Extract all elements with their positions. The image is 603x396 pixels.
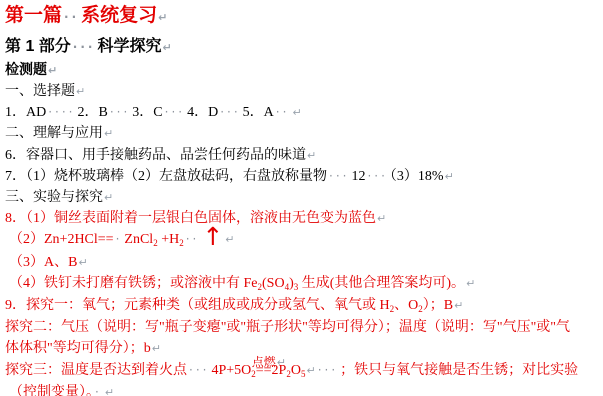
text-run: 7．（1）烧杯玻璃棒（2）左盘放砝码，右盘放称量物 [5,169,327,184]
paragraph-mark-icon: ↵ [78,256,87,269]
paragraph-mark-icon: ↵ [152,342,161,355]
paragraph-mark-icon: ↵ [307,149,316,162]
subscript: 2 [153,238,158,248]
space-marks: ··· [329,169,349,183]
line-answer-9-inquiry-2-cont: 体体积"等均可得分）；b↵ [5,338,598,359]
line-answer-8-3: （3）A、B↵ [5,252,598,273]
line-comprehension-section: 二、理解与应用↵ [5,123,598,144]
text-run: 二、理解与应用 [5,126,103,141]
subscript: 2 [258,282,263,292]
line-answer-9-inquiry-2: 探究二：气压（说明：写"瓶子变瘪"或"瓶子形状"等均可得分）；温度（说明：写"气… [5,317,598,338]
text-run: 第 1 部分 [5,38,71,55]
text-run: 、O [394,298,418,313]
line-answer-8-2-equation: （2）Zn+2HCl==·ZnCl2 +H2··↑↵ [5,229,598,251]
text-run: （控制变量）。 [9,385,93,396]
subscript: 2 [418,304,423,314]
text-run: 5．A [243,105,274,120]
text-run: 探究二：气压（说明：写"瓶子变瘪"或"瓶子形状"等均可得分）；温度（说明：写"气… [5,320,570,335]
text-run: +H [158,232,180,247]
text-run: （3）A、B [9,255,77,270]
text-run: 第一篇 [5,5,62,26]
space-marks: ··· [73,40,96,54]
space-marks: ·· [276,105,290,119]
space-marks: · [95,385,102,396]
heading-section-title: 第 1 部分···科学探究↵ [5,35,598,59]
line-answer-9-inquiry-1: 9．探究一：氧气；元素种类（或组成或成分或氢气、氧气或 H2、O2）；B↵ [5,295,598,317]
text-run: （2）Zn+2HCl== [9,232,114,247]
line-answer-8-1: 8．（1）铜丝表面附着一层银白色固体，溶液由无色变为蓝色↵ [5,208,598,229]
text-run: 体体积"等均可得分）；b [5,341,151,356]
line-answer-7: 7．（1）烧杯玻璃棒（2）左盘放砝码，右盘放称量物···12···（3）18%↵ [5,166,598,187]
space-marks: ·· [64,10,79,24]
text-run: 检测题 [5,61,47,77]
line-answer-9-inquiry-3: 探究三：温度是否达到着火点···4P+5O2==点燃↵2P2O5↵···；铁只与… [5,360,598,382]
text-run: 4．D [187,105,218,120]
text-run: 1．AD [5,105,46,120]
space-marks: ··· [367,169,387,183]
text-run: 4P+5O [211,363,251,378]
paragraph-mark-icon: ↵ [158,11,167,24]
subscript: 2 [390,304,395,314]
paragraph-mark-icon: ↵ [466,277,475,290]
heading-test-label: 检测题↵ [5,59,598,81]
line-answer-6: 6．容器口、用手接触药品、品尝任何药品的味道↵ [5,145,598,166]
text-run: ZnCl [124,232,153,247]
text-run: 探究三：温度是否达到着火点 [5,363,187,378]
space-marks: ·· [186,232,200,246]
line-answer-9-inquiry-3-cont: （控制变量）。·↵ [5,382,598,396]
text-run: (SO [262,276,285,291]
heading-part-title: 第一篇··系统复习↵ [5,3,598,30]
text-run: 9．探究一：氧气；元素种类（或组成或成分或氢气、氧气或 H [5,298,390,313]
paragraph-mark-icon: ↵ [454,299,463,312]
ignite-condition: 点燃↵ [252,356,286,369]
line-choice-section: 一、选择题↵ [5,81,598,102]
space-marks: ··· [220,105,240,119]
space-marks: ···· [48,105,75,119]
subscript: 3 [294,282,299,292]
subscript: 2 [179,238,184,248]
paragraph-mark-icon: ↵ [48,64,57,77]
paragraph-mark-icon: ↵ [105,386,114,396]
paragraph-mark-icon: ↵ [104,127,113,140]
text-run: ；铁只与氧气接触是否生锈；对比实验 [340,363,578,378]
subscript: 2 [286,369,291,379]
paragraph-mark-icon: ↵ [163,41,172,54]
line-experiment-section: 三、实验与探究↵ [5,187,598,208]
text-run: O [291,363,301,378]
paragraph-mark-icon: ↵ [292,106,301,119]
equation-condition-wrap: ==点燃↵ [256,360,272,381]
space-marks: ··· [165,105,185,119]
text-run: （4）铁钉未打磨有铁锈；或溶液中有 Fe [9,276,258,291]
text-run: 三、实验与探究 [5,190,103,205]
subscript: 4 [285,282,290,292]
text-run: 系统复习 [81,5,157,26]
ignite-label: 点燃 [252,355,276,369]
paragraph-mark-icon: ↵ [225,233,234,246]
text-run: 一、选择题 [5,84,75,99]
line-answer-8-4: （4）铁钉未打磨有铁锈；或溶液中有 Fe2(SO4)3 生成(其他合理答案均可)… [5,273,598,295]
text-run: 12 [351,169,365,184]
paragraph-mark-icon: ↵ [445,170,454,183]
text-run: 8．（1）铜丝表面附着一层银白色固体，溶液由无色变为蓝色 [5,211,376,226]
text-run: 3．C [132,105,162,120]
space-marks: ··· [189,363,209,377]
paragraph-mark-icon: ↵ [377,212,386,225]
line-answers-1-5: 1．AD····2．B···3．C···4．D···5．A··↵ [5,102,598,123]
text-run: 6．容器口、用手接触药品、品尝任何药品的味道 [5,148,306,163]
paragraph-mark-icon: ↵ [306,364,315,377]
paragraph-mark-icon: ↵ [104,191,113,204]
text-run: （3）18% [390,169,444,184]
space-marks: ··· [110,105,130,119]
text-run: ）；B [423,298,453,313]
document-page: 第一篇··系统复习↵第 1 部分···科学探究↵检测题↵一、选择题↵1．AD··… [0,0,603,396]
space-marks: ··· [318,363,338,377]
paragraph-mark-icon: ↵ [76,85,85,98]
subscript: 5 [301,369,306,379]
paragraph-mark-icon: ↵ [277,356,286,369]
space-marks: · [116,232,123,246]
text-run: 生成(其他合理答案均可)。 [298,276,465,291]
text-run: 2．B [78,105,108,120]
text-run: 科学探究 [97,38,161,55]
